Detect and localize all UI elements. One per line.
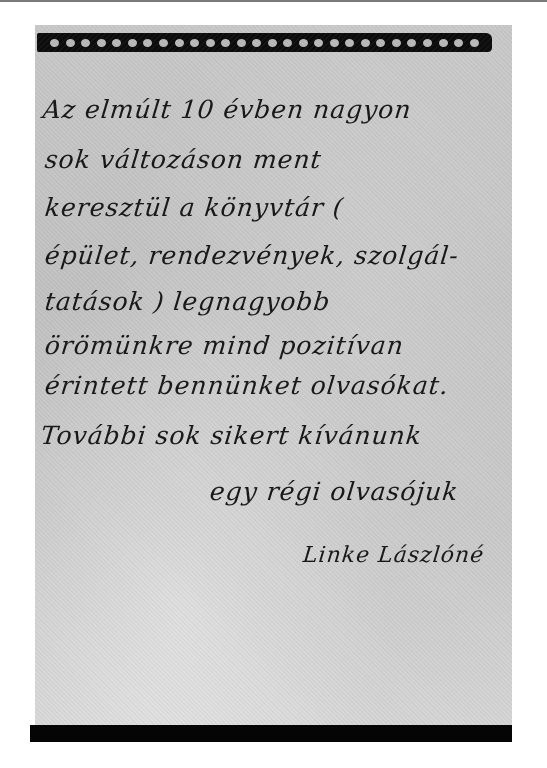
handwritten-line-9: egy régi olvasójuk <box>208 477 460 506</box>
binding-hole <box>190 39 199 47</box>
binding-hole <box>221 39 230 47</box>
binding-hole <box>252 39 261 47</box>
handwritten-line-6: örömünkre mind pozitívan <box>43 331 405 360</box>
scan-top-edge <box>0 0 547 2</box>
binding-hole <box>345 39 354 47</box>
handwritten-line-4: épület, rendezvények, szolgál- <box>43 241 460 270</box>
handwritten-line-8: További sok sikert kívánunk <box>39 421 423 450</box>
binding-hole <box>237 39 246 47</box>
binding-hole <box>97 39 106 47</box>
binding-hole <box>299 39 308 47</box>
binding-hole <box>159 39 168 47</box>
binding-hole <box>470 39 479 47</box>
binding-hole <box>283 39 292 47</box>
binding-hole <box>376 39 385 47</box>
handwritten-line-5: tatások ) legnagyobb <box>43 287 332 316</box>
handwritten-line-1: Az elmúlt 10 évben nagyon <box>41 95 413 124</box>
handwritten-line-3: keresztül a könyvtár ( <box>43 193 345 222</box>
binding-hole <box>423 39 432 47</box>
binding-hole <box>407 39 416 47</box>
binding-hole <box>330 39 339 47</box>
binding-hole <box>81 39 90 47</box>
spiral-binding <box>37 33 492 52</box>
handwritten-line-7: érintett bennünket olvasókat. <box>43 371 450 400</box>
handwritten-line-2: sok változáson ment <box>43 145 323 174</box>
binding-hole <box>143 39 152 47</box>
binding-hole <box>206 39 215 47</box>
binding-hole <box>361 39 370 47</box>
binding-hole <box>112 39 121 47</box>
signature: Linke Lászlóné <box>302 543 486 568</box>
binding-hole <box>268 39 277 47</box>
notepad-page: Az elmúlt 10 évben nagyon sok változáson… <box>35 25 512 725</box>
binding-hole <box>392 39 401 47</box>
binding-hole <box>66 39 75 47</box>
binding-hole <box>454 39 463 47</box>
binding-hole <box>175 39 184 47</box>
scan-bottom-bar <box>30 725 512 742</box>
binding-hole <box>439 39 448 47</box>
binding-hole <box>50 39 59 47</box>
binding-hole <box>314 39 323 47</box>
binding-hole <box>128 39 137 47</box>
